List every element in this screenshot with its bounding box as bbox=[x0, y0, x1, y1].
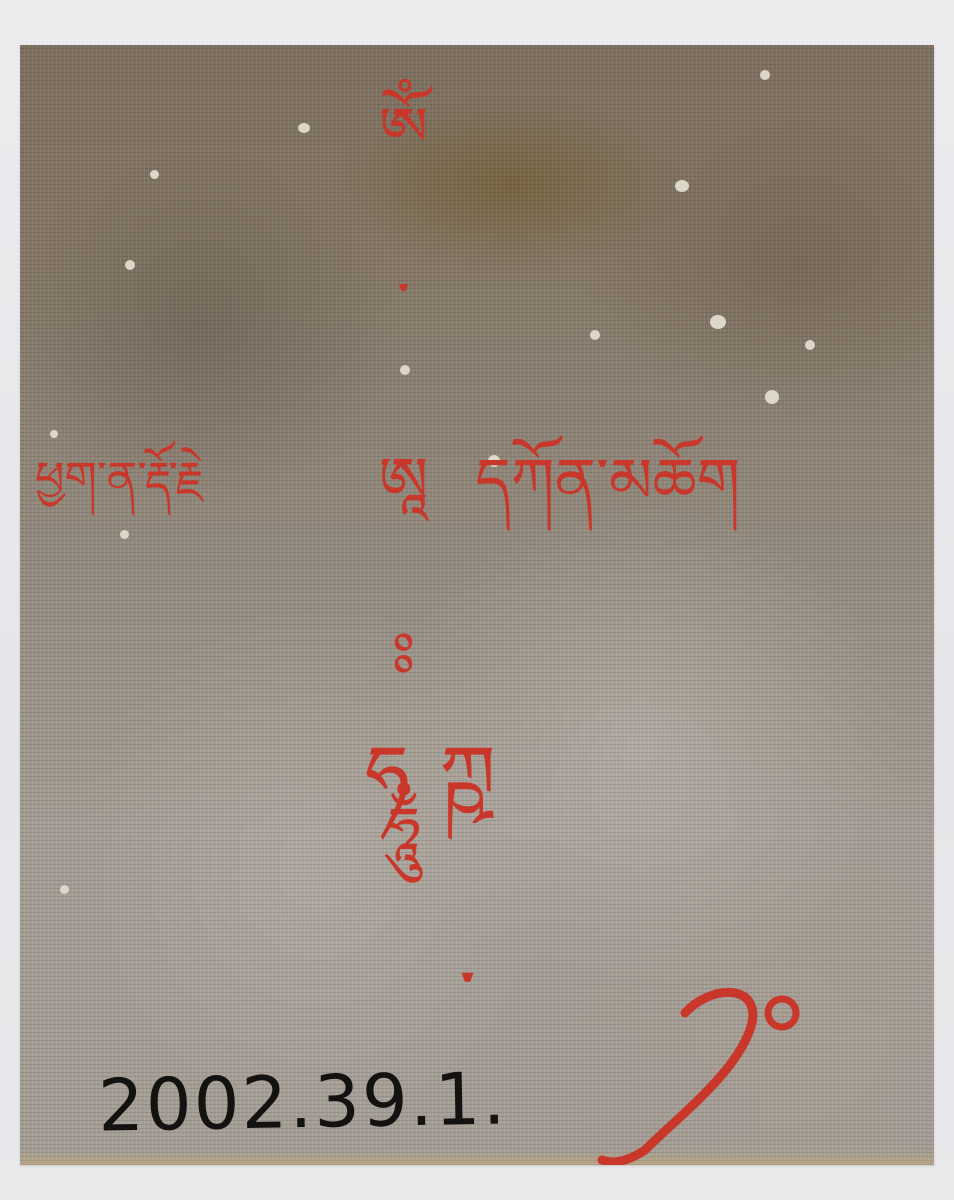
inscription-right: དཀོན་མཆོག bbox=[475, 450, 740, 512]
speck bbox=[50, 430, 58, 438]
speck bbox=[710, 315, 726, 329]
inscription-left: ཕྱག་ན་རྡོ་རྗེ bbox=[35, 455, 204, 501]
speck bbox=[298, 123, 310, 133]
speck bbox=[590, 330, 600, 340]
artifact-card: ཨོཾ་ཨཱཿཧཱུྃ ཕྱག་ན་རྡོ་རྗེ དཀོན་མཆོག ཀྵ་ཧ… bbox=[20, 45, 934, 1165]
speck bbox=[150, 170, 159, 179]
speck bbox=[120, 530, 129, 539]
speck bbox=[675, 180, 689, 192]
tibetan-numeral-ten bbox=[590, 975, 820, 1165]
speck bbox=[760, 70, 770, 80]
speck bbox=[60, 885, 69, 894]
speck bbox=[125, 260, 135, 270]
speck bbox=[765, 390, 779, 404]
speck bbox=[805, 340, 815, 350]
accession-number: 2002.39.1. bbox=[97, 1056, 508, 1147]
